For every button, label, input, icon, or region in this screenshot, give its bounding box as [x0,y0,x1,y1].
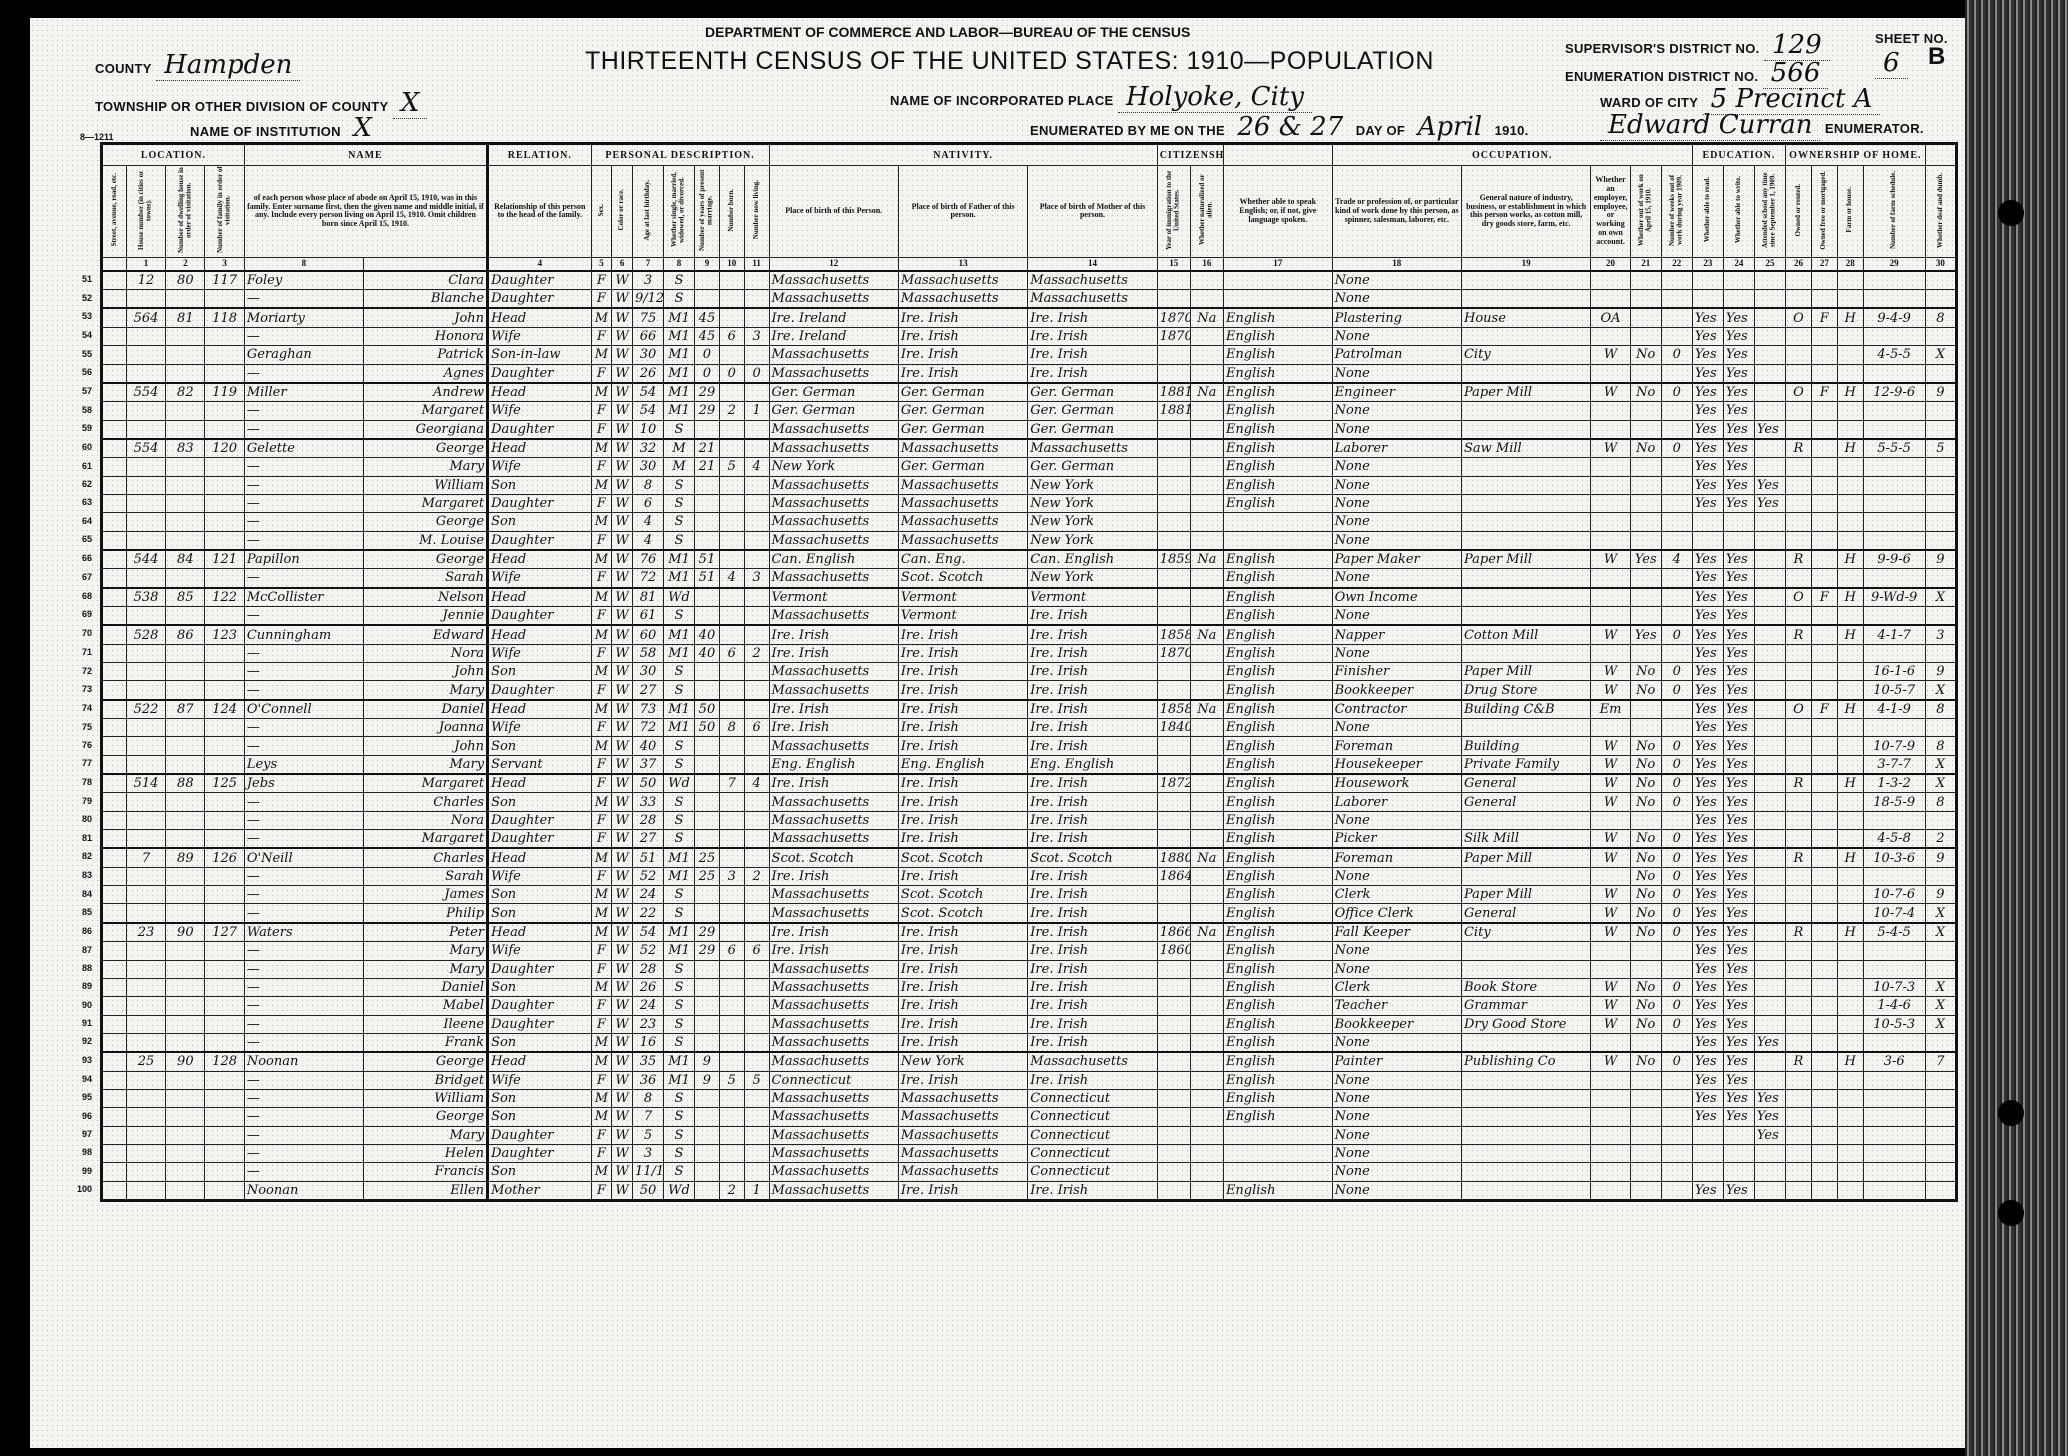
cell-lang: English [1223,700,1332,719]
cell-nat [1190,1033,1223,1052]
cell-street [102,1108,127,1126]
column-number: 5 [591,257,612,271]
cell-race: W [612,719,633,737]
cell-race: W [612,588,633,607]
cell-bm: Ire. Irish [1028,811,1157,829]
cell-age: 23 [632,1015,663,1033]
cell-trade: None [1332,942,1461,960]
cell-imm: 1870 [1157,644,1190,662]
cell-write: Yes [1723,1071,1754,1089]
cell-bp: Massachusetts [769,606,898,625]
cell-sex: M [591,1163,612,1181]
cell-code: X [1925,978,1956,996]
cell-age: 9/12 [632,290,663,309]
cell-ow [1630,1071,1661,1089]
column-number: 18 [1332,257,1461,271]
column-number: 3 [205,257,244,271]
cell-lang: English [1223,1108,1332,1126]
cell-industry [1461,1181,1590,1200]
cell-sex: M [591,476,612,494]
cell-own: R [1786,923,1812,942]
cell-emp: W [1591,830,1630,849]
cell-given: Frank [363,1033,487,1052]
cell-industry [1461,494,1590,512]
cell-born: 8 [719,719,744,737]
cell-sex: M [591,550,612,569]
enumeration-label: ENUMERATION DISTRICT NO. [1565,69,1758,84]
cell-sched [1863,942,1925,960]
cell-imm: 1870 [1157,308,1190,327]
cell-given: Nora [363,644,487,662]
cell-ow [1630,364,1661,383]
cell-born [719,550,744,569]
cell-industry: Paper Mill [1461,383,1590,402]
cell-trade: Paper Maker [1332,550,1461,569]
cell-industry [1461,719,1590,737]
cell-house [126,569,165,588]
cell-trade: None [1332,327,1461,345]
cell-born [719,1089,744,1107]
cell-free [1811,644,1837,662]
cell-born [719,997,744,1015]
cell-age: 54 [632,383,663,402]
cell-sex: F [591,1144,612,1162]
cell-read: Yes [1692,681,1723,700]
cell-wk [1661,420,1692,439]
cell-own: R [1786,550,1812,569]
cell-bp: Ire. Ireland [769,308,898,327]
cell-write [1723,290,1754,309]
cell-age: 33 [632,793,663,811]
cell-sched [1863,513,1925,531]
line-number: 77 [68,758,92,768]
cell-lang: English [1223,848,1332,867]
cell-dwelling [166,364,205,383]
cell-born [719,755,744,774]
cell-imm [1157,1015,1190,1033]
cell-house [126,719,165,737]
cell-dwelling [166,644,205,662]
cell-bm: New York [1028,476,1157,494]
cell-house [126,978,165,996]
line-number: 73 [68,684,92,694]
cell-family [205,960,244,978]
cell-street [102,1015,127,1033]
cell-trade: Finisher [1332,663,1461,681]
cell-marital: M1 [663,402,694,420]
head-birth-mother: Place of birth of Mother of this person. [1028,166,1157,258]
cell-lang: English [1223,420,1332,439]
cell-own [1786,290,1812,309]
cell-wk [1661,402,1692,420]
day-of-label: DAY OF [1356,123,1405,138]
cell-family [205,997,244,1015]
cell-living: 6 [744,719,769,737]
cell-free [1811,625,1837,644]
cell-dwelling: 90 [166,1052,205,1071]
cell-sex: F [591,327,612,345]
cell-sex: F [591,271,612,290]
cell-farm: H [1837,1052,1863,1071]
cell-code: 8 [1925,737,1956,755]
cell-write: Yes [1723,327,1754,345]
cell-bm: Scot. Scotch [1028,848,1157,867]
line-number: 79 [68,796,92,806]
cell-bm: Connecticut [1028,1163,1157,1181]
cell-relation: Head [488,439,592,458]
cell-house [126,606,165,625]
cell-given: Mabel [363,997,487,1015]
cell-sex: F [591,606,612,625]
column-number: 29 [1863,257,1925,271]
cell-farm [1837,811,1863,829]
cell-wk: 0 [1661,625,1692,644]
cell-imm [1157,513,1190,531]
cell-code [1925,942,1956,960]
cell-ow [1630,606,1661,625]
cell-trade: Picker [1332,830,1461,849]
cell-street [102,550,127,569]
cell-emp: W [1591,383,1630,402]
cell-family [205,793,244,811]
table-row: 52287124O'ConnellDanielHeadMW73M150Ire. … [102,700,1957,719]
cell-living [744,346,769,364]
cell-house [126,1144,165,1162]
cell-imm [1157,737,1190,755]
cell-ym [695,774,720,793]
line-number: 95 [68,1092,92,1102]
cell-living [744,420,769,439]
cell-street [102,830,127,849]
cell-street [102,904,127,923]
cell-ym [695,978,720,996]
ward-label: WARD OF CITY [1600,95,1698,110]
cell-ym [695,663,720,681]
cell-free [1811,606,1837,625]
cell-free [1811,848,1837,867]
cell-ow [1630,494,1661,512]
cell-own [1786,681,1812,700]
cell-read: Yes [1692,1089,1723,1107]
cell-bm: Ire. Irish [1028,1071,1157,1089]
cell-house [126,811,165,829]
cell-trade: None [1332,531,1461,550]
cell-school [1754,550,1785,569]
cell-bf: Ger. German [898,420,1027,439]
cell-code [1925,1089,1956,1107]
cell-relation: Head [488,923,592,942]
cell-imm [1157,1089,1190,1107]
cell-living: 1 [744,402,769,420]
cell-free [1811,811,1837,829]
cell-farm [1837,1163,1863,1181]
cell-race: W [612,774,633,793]
cell-sched [1863,364,1925,383]
cell-house [126,886,165,904]
cell-bf: Scot. Scotch [898,569,1027,588]
cell-born [719,476,744,494]
cell-imm: 1881 [1157,383,1190,402]
cell-nat [1190,886,1223,904]
cell-relation: Head [488,383,592,402]
cell-trade: None [1332,420,1461,439]
cell-age: 35 [632,1052,663,1071]
cell-write: Yes [1723,663,1754,681]
cell-free [1811,830,1837,849]
cell-nat [1190,1108,1223,1126]
cell-marital: M1 [663,867,694,885]
cell-born: 7 [719,774,744,793]
cell-dwelling [166,1089,205,1107]
cell-code: 2 [1925,830,1956,849]
cell-dwelling [166,997,205,1015]
head-house-number: House number (in cities or towns). [126,166,165,258]
cell-ow: No [1630,978,1661,996]
cell-sex: F [591,830,612,849]
cell-bm: Ire. Irish [1028,830,1157,849]
cell-write: Yes [1723,755,1754,774]
cell-nat [1190,588,1223,607]
cell-bp: Ire. Irish [769,644,898,662]
cell-wk [1661,1108,1692,1126]
cell-family [205,1015,244,1033]
cell-own: R [1786,1052,1812,1071]
cell-own [1786,458,1812,476]
cell-code [1925,811,1956,829]
line-number: 91 [68,1018,92,1028]
cell-ym [695,830,720,849]
cell-race: W [612,402,633,420]
cell-living [744,700,769,719]
cell-ym: 0 [695,346,720,364]
cell-code [1925,867,1956,885]
cell-living [744,978,769,996]
cell-relation: Son [488,1163,592,1181]
cell-sched [1863,271,1925,290]
cell-surname: — [244,1108,363,1126]
enumeration-date-field: ENUMERATED BY ME ON THE 26 & 27 DAY OF A… [1030,112,1529,142]
cell-own: O [1786,700,1812,719]
cell-ow [1630,308,1661,327]
cell-wk: 0 [1661,1015,1692,1033]
cell-given: Edward [363,625,487,644]
cell-school [1754,327,1785,345]
cell-surname: — [244,904,363,923]
cell-read [1692,1163,1723,1181]
column-number: 1 [126,257,165,271]
cell-marital: Wd [663,1181,694,1200]
cell-emp: W [1591,848,1630,867]
table-row: —JoannaWifeFW72M15086Ire. IrishIre. Iris… [102,719,1957,737]
cell-marital: S [663,978,694,996]
cell-given: George [363,1052,487,1071]
cell-emp [1591,476,1630,494]
cell-farm [1837,1071,1863,1089]
cell-imm [1157,420,1190,439]
cell-own [1786,402,1812,420]
cell-bp: Massachusetts [769,663,898,681]
cell-given: Helen [363,1144,487,1162]
cell-living: 2 [744,644,769,662]
cell-living [744,848,769,867]
cell-surname: — [244,327,363,345]
cell-born [719,1108,744,1126]
cell-sex: F [591,458,612,476]
cell-relation: Wife [488,569,592,588]
cell-marital: S [663,811,694,829]
cell-read: Yes [1692,420,1723,439]
cell-bp: Massachusetts [769,1108,898,1126]
cell-ym: 29 [695,942,720,960]
cell-code: 9 [1925,550,1956,569]
cell-bp: Massachusetts [769,904,898,923]
cell-lang: English [1223,1033,1332,1052]
cell-house: 23 [126,923,165,942]
cell-wk [1661,476,1692,494]
table-row: 2590128NoonanGeorgeHeadMW35M19Massachuse… [102,1052,1957,1071]
cell-race: W [612,1181,633,1200]
cell-born: 5 [719,1071,744,1089]
cell-race: W [612,848,633,867]
cell-ow [1630,942,1661,960]
cell-race: W [612,793,633,811]
cell-family [205,476,244,494]
column-number: 2 [166,257,205,271]
cell-trade: Bookkeeper [1332,681,1461,700]
cell-school: Yes [1754,1033,1785,1052]
group-location: LOCATION. [102,144,245,166]
cell-bm: Ire. Irish [1028,942,1157,960]
cell-surname: — [244,531,363,550]
cell-surname: Papillon [244,550,363,569]
cell-marital: S [663,531,694,550]
cell-surname: — [244,1071,363,1089]
cell-age: 16 [632,1033,663,1052]
cell-sex: M [591,663,612,681]
cell-ow: No [1630,923,1661,942]
table-row: —NoraWifeFW58M14062Ire. IrishIre. IrishI… [102,644,1957,662]
cell-age: 4 [632,513,663,531]
cell-bf: Ger. German [898,402,1027,420]
cell-bf: Massachusetts [898,476,1027,494]
line-number: 68 [68,591,92,601]
cell-wk: 0 [1661,755,1692,774]
cell-sched: 4-1-7 [1863,625,1925,644]
cell-bp: Massachusetts [769,494,898,512]
cell-ow: No [1630,1052,1661,1071]
cell-trade: Housework [1332,774,1461,793]
cell-bp: Massachusetts [769,1144,898,1162]
cell-own [1786,644,1812,662]
cell-born [719,1163,744,1181]
cell-own [1786,1163,1812,1181]
cell-wk: 0 [1661,904,1692,923]
cell-nat [1190,569,1223,588]
cell-wk: 0 [1661,793,1692,811]
cell-code: X [1925,997,1956,1015]
cell-wk [1661,1181,1692,1200]
cell-code [1925,569,1956,588]
cell-house [126,904,165,923]
cell-code [1925,402,1956,420]
cell-relation: Son [488,793,592,811]
head-read: Whether able to read. [1692,166,1723,258]
cell-lang [1223,271,1332,290]
table-row: —SarahWifeFW52M12532Ire. IrishIre. Irish… [102,867,1957,885]
cell-wk: 0 [1661,346,1692,364]
column-number: 25 [1754,257,1785,271]
cell-code [1925,494,1956,512]
cell-street [102,700,127,719]
group-citizenship: CITIZENSHIP. [1157,144,1223,166]
cell-nat [1190,327,1223,345]
cell-nat: Na [1190,848,1223,867]
cell-bp: Ire. Irish [769,719,898,737]
cell-read: Yes [1692,923,1723,942]
cell-bm: Connecticut [1028,1144,1157,1162]
cell-street [102,1089,127,1107]
cell-nat [1190,830,1223,849]
cell-write: Yes [1723,364,1754,383]
cell-race: W [612,923,633,942]
cell-race: W [612,1163,633,1181]
cell-write: Yes [1723,1052,1754,1071]
cell-house: 7 [126,848,165,867]
cell-marital: M1 [663,1052,694,1071]
cell-relation: Daughter [488,364,592,383]
cell-emp [1591,942,1630,960]
cell-nat [1190,420,1223,439]
cell-marital: M1 [663,346,694,364]
table-row: —GeorgianaDaughterFW10SMassachusettsGer.… [102,420,1957,439]
cell-born [719,1126,744,1144]
cell-surname: Waters [244,923,363,942]
cell-house: 25 [126,1052,165,1071]
cell-sched: 10-5-7 [1863,681,1925,700]
cell-bp: Ire. Irish [769,625,898,644]
cell-school [1754,644,1785,662]
cell-living [744,588,769,607]
cell-house: 12 [126,271,165,290]
cell-relation: Daughter [488,1126,592,1144]
cell-dwelling [166,942,205,960]
incorporated-label: NAME OF INCORPORATED PLACE [890,93,1114,108]
line-number: 69 [68,609,92,619]
cell-read: Yes [1692,625,1723,644]
cell-bf: Ire. Irish [898,830,1027,849]
cell-bm: Ire. Irish [1028,737,1157,755]
cell-nat [1190,774,1223,793]
cell-bf: Ire. Irish [898,663,1027,681]
cell-ym [695,1163,720,1181]
cell-relation: Daughter [488,606,592,625]
line-number: 58 [68,405,92,415]
cell-living: 0 [744,364,769,383]
cell-bm: Ire. Irish [1028,978,1157,996]
cell-house [126,793,165,811]
cell-code [1925,644,1956,662]
cell-house: 554 [126,439,165,458]
cell-industry [1461,327,1590,345]
cell-dwelling: 90 [166,923,205,942]
cell-dwelling: 86 [166,625,205,644]
line-number: 74 [68,703,92,713]
cell-sex: M [591,848,612,867]
cell-farm [1837,793,1863,811]
line-number: 92 [68,1036,92,1046]
cell-farm [1837,737,1863,755]
cell-living: 3 [744,569,769,588]
